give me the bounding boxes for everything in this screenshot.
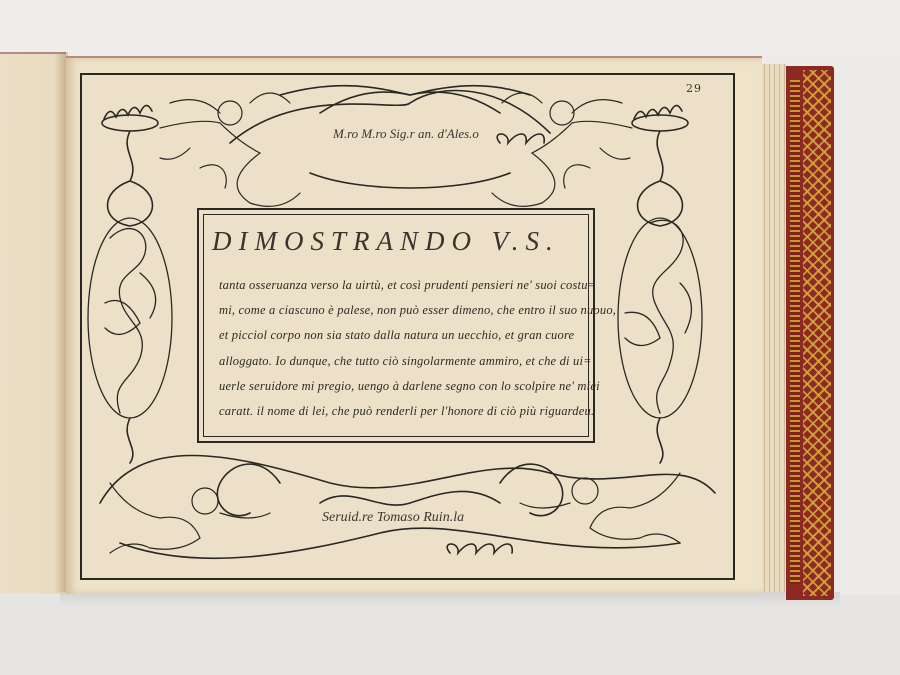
crown-icon-right [632, 105, 688, 131]
binding-rail [790, 80, 800, 584]
fore-edge-pages [762, 64, 786, 592]
lion-rampant-left [88, 218, 172, 418]
panel-heading: DIMOSTRANDO V.S. [212, 226, 582, 257]
book-shadow [60, 592, 840, 606]
cherub-figure-bottom-left [110, 483, 270, 553]
gilt-binding [786, 66, 834, 600]
cherub-figure-bottom-right [520, 473, 680, 543]
body-line: uerle seruidore mi pregio, uengo à darle… [219, 379, 589, 394]
body-line: caratt. il nome di lei, che può renderli… [219, 404, 589, 419]
crown-icon-left [102, 105, 158, 131]
dedication-line: M.ro M.ro Sig.r an. d'Ales.o [333, 126, 479, 142]
background-bottom [0, 595, 900, 675]
body-line: mi, come a ciascuno è palese, non può es… [219, 303, 589, 318]
lion-rampant-right [618, 218, 702, 418]
cherub-figure-top-left [160, 93, 300, 206]
body-line: tanta osseruanza verso la uirtù, et così… [219, 278, 589, 293]
cherub-figure-top-right [492, 93, 632, 206]
background-top [0, 0, 900, 55]
binding-gold-pattern [803, 70, 831, 596]
body-line: alloggato. Io dunque, che tutto ciò sing… [219, 354, 589, 369]
signature-line: Seruid.re Tomaso Ruin.la [322, 510, 464, 526]
body-line: et picciol corpo non sia stato dalla nat… [219, 328, 589, 343]
